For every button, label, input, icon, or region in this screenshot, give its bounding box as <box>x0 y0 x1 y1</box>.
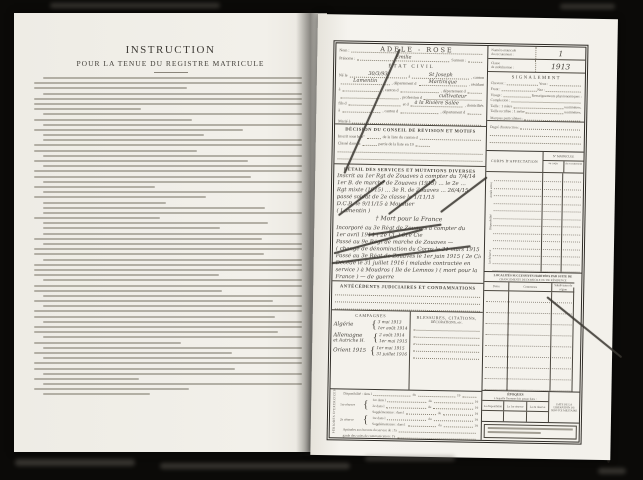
text-line <box>34 326 302 328</box>
divider <box>154 72 188 73</box>
text-line <box>43 165 302 167</box>
rotated-row-label: Armée active <box>489 182 493 198</box>
instruction-paragraph <box>34 191 302 198</box>
text-line <box>34 87 187 89</box>
instruction-paragraph <box>34 77 302 89</box>
text-line <box>34 108 141 110</box>
ruled-line <box>484 379 570 391</box>
text-line <box>43 233 302 235</box>
instruction-paragraph <box>34 383 302 390</box>
instruction-subtitle: POUR LA TENUE DU REGISTRE MATRICULE <box>14 59 327 68</box>
campagne-name: Algérie <box>334 322 371 329</box>
text-line <box>34 290 222 292</box>
instruction-paragraph <box>34 202 302 204</box>
periodes-side-label: PÉRIODES D'EXERCICES <box>332 389 337 433</box>
instruction-paragraph <box>34 212 302 219</box>
liberation-date-column: DATE DE LA LIBÉRATION DU SERVICE MILITAI… <box>549 392 580 422</box>
corps-table-body: Armée active Disponibilité 1re Réserve <box>485 172 584 273</box>
brace-glyph: { <box>363 399 368 411</box>
periodes-box: PÉRIODES D'EXERCICES Disponibilité : dan… <box>330 388 482 440</box>
classe-value: 1913 <box>536 62 585 72</box>
text-line <box>43 227 220 229</box>
text-line <box>43 279 302 281</box>
text-line <box>43 181 302 183</box>
instruction-paragraph <box>34 222 302 224</box>
scan-noise <box>598 468 626 474</box>
handwritten-value: cultivateur <box>439 93 467 99</box>
text-line <box>34 238 262 240</box>
campagne-entry: Algérie { 3 mai 1913 1er août 1914 <box>331 318 409 332</box>
text-line <box>34 388 189 390</box>
text-line <box>43 259 302 261</box>
text-line <box>34 368 235 370</box>
subcol-recrutement: de recrutement <box>564 161 584 172</box>
text-line <box>488 427 573 430</box>
instruction-paragraph <box>34 347 302 354</box>
handwritten-value: Martinique <box>429 79 457 85</box>
text-line <box>34 82 302 84</box>
brace-glyph: { <box>373 332 378 344</box>
matricule-label: Numéro matriculedu recrutement : <box>488 46 536 59</box>
form-right-column: Numéro matriculedu recrutement : 1 Class… <box>482 46 586 442</box>
corps-table-header: CORPS D'AFFECTATION N° MATRICULE au corp… <box>486 151 583 173</box>
services-section: DÉTAIL DES SERVICES ET MUTATIONS DIVERSE… <box>332 164 485 284</box>
rotated-row-label: 1re Réserve <box>488 249 492 263</box>
scan-noise <box>160 463 350 469</box>
handwritten-value: St Joseph <box>429 72 453 78</box>
col-communes: Communes <box>509 282 552 291</box>
brace-glyph: { <box>371 319 376 331</box>
table-rows <box>485 174 584 273</box>
brace-glyph: { <box>363 414 368 426</box>
blank-ruled-lines <box>332 289 483 313</box>
epoques-body <box>482 411 548 422</box>
text-line <box>34 186 155 188</box>
text-line <box>43 155 302 157</box>
text-line <box>34 342 181 344</box>
register-page: Nom : ADELE - ROSE Prénoms : Émilie Surn… <box>310 14 618 460</box>
text-line <box>43 124 302 126</box>
brace-glyph: { <box>370 345 375 357</box>
instruction-paragraph <box>34 295 302 302</box>
text-line <box>34 119 192 121</box>
campagne-name: Orient 1915 <box>333 348 369 355</box>
text-line <box>43 383 302 385</box>
text-line <box>43 357 302 359</box>
instruction-paragraph <box>34 134 302 136</box>
scan-noise <box>50 3 220 8</box>
localites-table: LOCALITÉS SUCCESSIVES HABITÉES PAR SUITE… <box>482 272 581 393</box>
ruled-line <box>493 264 580 273</box>
text-line <box>43 321 302 323</box>
handwritten-value: Lamentin <box>353 78 377 84</box>
text-line <box>34 170 302 172</box>
matricule-value: 1 <box>536 48 585 58</box>
handwritten-value: 30/3/93 <box>368 71 387 77</box>
instruction-paragraph <box>34 357 302 369</box>
instruction-paragraph <box>34 93 302 111</box>
instruction-paragraph <box>34 207 302 209</box>
blank-ruled-lines <box>410 324 483 360</box>
epoques-table: ÉPOQUES à laquelle l'homme doit passer d… <box>482 391 580 424</box>
scan-noise <box>365 456 455 461</box>
text-line <box>43 393 150 395</box>
text-line <box>34 129 243 131</box>
text-line <box>43 139 302 141</box>
text-line <box>34 98 302 100</box>
text-line <box>488 431 541 434</box>
form-left-column: Nom : ADELE - ROSE Prénoms : Émilie Surn… <box>330 43 489 440</box>
text-line <box>43 212 302 214</box>
campagne-dates: 3 mai 1913 1er août 1914 <box>378 319 408 332</box>
campagne-dates: 1er mai 1915 31 juillet 1916 <box>376 345 407 358</box>
text-line <box>43 134 204 136</box>
campagnes-box: CAMPAGNES Algérie { 3 mai 1913 1er août … <box>330 311 410 390</box>
text-line <box>34 150 197 152</box>
text-line <box>34 316 275 318</box>
instruction-paragraph <box>34 336 302 343</box>
text-line <box>34 144 302 146</box>
instruction-paragraph <box>34 243 302 255</box>
narrow-side-column <box>571 288 581 392</box>
text-line <box>43 207 265 209</box>
text-line <box>34 285 302 287</box>
matricule-col-header: N° MATRICULE au corps de recrutement <box>542 152 583 172</box>
text-line <box>43 243 302 245</box>
instruction-paragraph <box>34 165 302 177</box>
text-line <box>34 300 273 302</box>
rotated-row-label: Disponibilité <box>488 214 492 230</box>
instruction-paragraph <box>34 393 302 395</box>
campagnes-blessures: CAMPAGNES Algérie { 3 mai 1913 1er août … <box>330 310 482 391</box>
instruction-paragraph <box>34 321 302 333</box>
text-line <box>43 347 302 349</box>
text-line <box>34 103 302 105</box>
col-subdivision: Subdivision de région <box>552 283 574 291</box>
instruction-paragraph <box>34 279 302 291</box>
text-line <box>43 77 302 79</box>
subcol-au-corps: au corps <box>543 161 564 172</box>
instruction-title: INSTRUCTION <box>14 44 327 56</box>
text-line <box>34 274 219 276</box>
instruction-paragraph <box>34 181 302 188</box>
ruled-line <box>413 352 479 360</box>
text-line <box>43 191 302 193</box>
label: partie de la liste en 19 <box>378 141 413 147</box>
text-line <box>34 264 302 266</box>
handwritten-value: à la Rivière Salée <box>414 100 458 107</box>
text-line <box>34 269 302 271</box>
prenoms-value: Émilie <box>395 55 411 61</box>
text-line <box>43 202 166 204</box>
text-line <box>43 305 302 307</box>
document-scan: INSTRUCTION POUR LA TENUE DU REGISTRE MA… <box>0 0 643 480</box>
text-line <box>43 373 302 375</box>
instruction-paragraph <box>34 373 302 380</box>
footnote-box <box>484 424 577 440</box>
text-line <box>34 196 206 198</box>
campagne-name2: et Autriche H. <box>333 338 372 344</box>
col-dates: Dates <box>484 282 509 290</box>
epoques-main: ÉPOQUES à laquelle l'homme doit passer d… <box>482 391 550 422</box>
text-line <box>34 253 264 255</box>
campagne-dates: 2 août 1914 1er mai 1915 <box>379 333 407 345</box>
instruction-paragraph <box>34 113 302 120</box>
text-line <box>43 295 302 297</box>
blessures-box: BLESSURES, CITATIONS, DÉCORATIONS, etc. <box>409 312 482 391</box>
label: de la liste du canton d <box>383 135 418 141</box>
text-line <box>43 336 302 338</box>
instruction-paragraph <box>34 305 302 317</box>
text-line <box>34 362 302 364</box>
corps-col-header: CORPS D'AFFECTATION <box>486 151 542 171</box>
ruled-line <box>490 136 581 145</box>
blank-ruled-lines <box>487 129 584 145</box>
scan-noise <box>15 459 135 466</box>
instruction-paragraph <box>34 124 302 131</box>
instruction-paragraph <box>34 259 302 277</box>
instruction-page: INSTRUCTION POUR LA TENUE DU REGISTRE MA… <box>14 13 327 452</box>
text-line <box>34 176 251 178</box>
text-line <box>34 248 302 250</box>
text-line <box>34 310 302 312</box>
text-line <box>43 113 302 115</box>
text-line <box>34 217 160 219</box>
instruction-body-text <box>34 77 302 441</box>
campagne-entry: Orient 1915 { 1er mai 1915 31 juillet 19… <box>331 344 409 358</box>
degre-instruction-box: Degré d'instruction : <box>487 120 585 153</box>
text-line <box>34 352 232 354</box>
text-line <box>34 331 278 333</box>
text-line <box>43 222 268 224</box>
instruction-paragraph <box>34 233 302 240</box>
scan-noise <box>560 4 615 9</box>
instruction-paragraph <box>34 227 302 229</box>
instruction-paragraph <box>34 139 302 151</box>
corps-affectation-table: CORPS D'AFFECTATION N° MATRICULE au corp… <box>485 151 584 274</box>
antecedents-section: ANTÉCÉDENTS JUDICIAIRES ET CONDAMNATIONS <box>332 281 483 313</box>
text-line <box>34 378 139 380</box>
text-line <box>43 93 302 95</box>
text-line <box>34 160 248 162</box>
campagne-entry: Allemagne et Autriche H. { 2 août 1914 1… <box>331 331 409 345</box>
classe-label: Classede mobilisation : <box>488 59 536 72</box>
instruction-paragraph <box>34 155 302 162</box>
